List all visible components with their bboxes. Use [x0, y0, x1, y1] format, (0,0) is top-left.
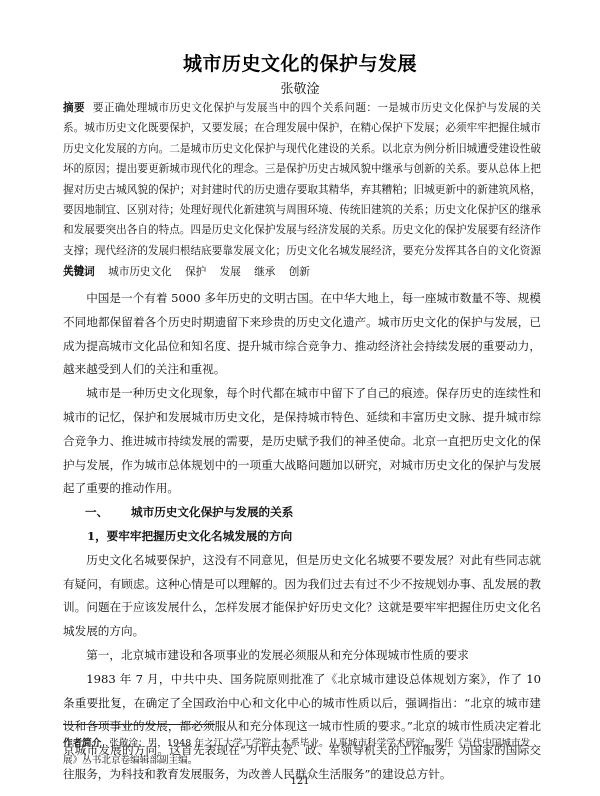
body-paragraph: 城市是一种历史文化现象，每个时代都在城市中留下了自己的痕迹。保存历史的连续性和城…: [63, 382, 541, 501]
body-paragraph: 历史文化名城要保护，这没有不同意见，但是历史文化名城要不要发展？对此有些同志就有…: [63, 549, 541, 644]
abstract-text: 要正确处理城市历史文化保护与发展当中的四个关系问题：一是城市历史文化保护与发展的…: [63, 102, 541, 277]
footnote-text: 张敬淦：男，1948 年之江大学工学院土木系毕业。从事城市科学学术研究。现任《当…: [63, 738, 530, 766]
keyword: 城市历史文化: [108, 266, 172, 278]
keyword: 继承: [254, 266, 275, 278]
paper-body: 中国是一个有着 5000 多年历史的文明古国。在中华大地上，每一座城市数量不等、…: [63, 287, 541, 787]
keyword: 保护: [185, 266, 206, 278]
section-heading: 一、城市历史文化保护与发展的关系: [63, 501, 541, 525]
body-paragraph: 中国是一个有着 5000 多年历史的文明古国。在中华大地上，每一座城市数量不等、…: [63, 287, 541, 382]
author-footnote: 作者简介张敬淦：男，1948 年之江大学工学院土木系毕业。从事城市科学学术研究。…: [63, 735, 541, 769]
abstract: 摘要要正确处理城市历史文化保护与发展当中的四个关系问题：一是城市历史文化保护与发…: [63, 98, 541, 282]
paper-page: 城市历史文化的保护与发展 张敬淦 摘要要正确处理城市历史文化保护与发展当中的四个…: [0, 0, 600, 796]
author-name: 张敬淦: [0, 78, 600, 97]
paper-title: 城市历史文化的保护与发展: [0, 49, 600, 76]
keyword: 发展: [220, 266, 241, 278]
body-paragraph: 第一，北京城市建设和各项事业的发展必须服从和充分体现城市性质的要求: [63, 644, 541, 668]
section-title: 城市历史文化保护与发展的关系: [131, 505, 293, 519]
keywords: 关键词 城市历史文化 保护 发展 继承 创新: [63, 262, 541, 282]
footnote-label: 作者简介: [63, 738, 101, 749]
section-number: 一、: [85, 501, 131, 525]
subsection-heading: 1，要牢牢把握历史文化名城发展的方向: [63, 525, 541, 549]
abstract-label: 摘要: [63, 102, 85, 114]
keyword: 创新: [289, 266, 310, 278]
footnote-divider: [63, 724, 215, 725]
page-number: 121: [0, 776, 600, 787]
keywords-label: 关键词: [63, 266, 95, 278]
